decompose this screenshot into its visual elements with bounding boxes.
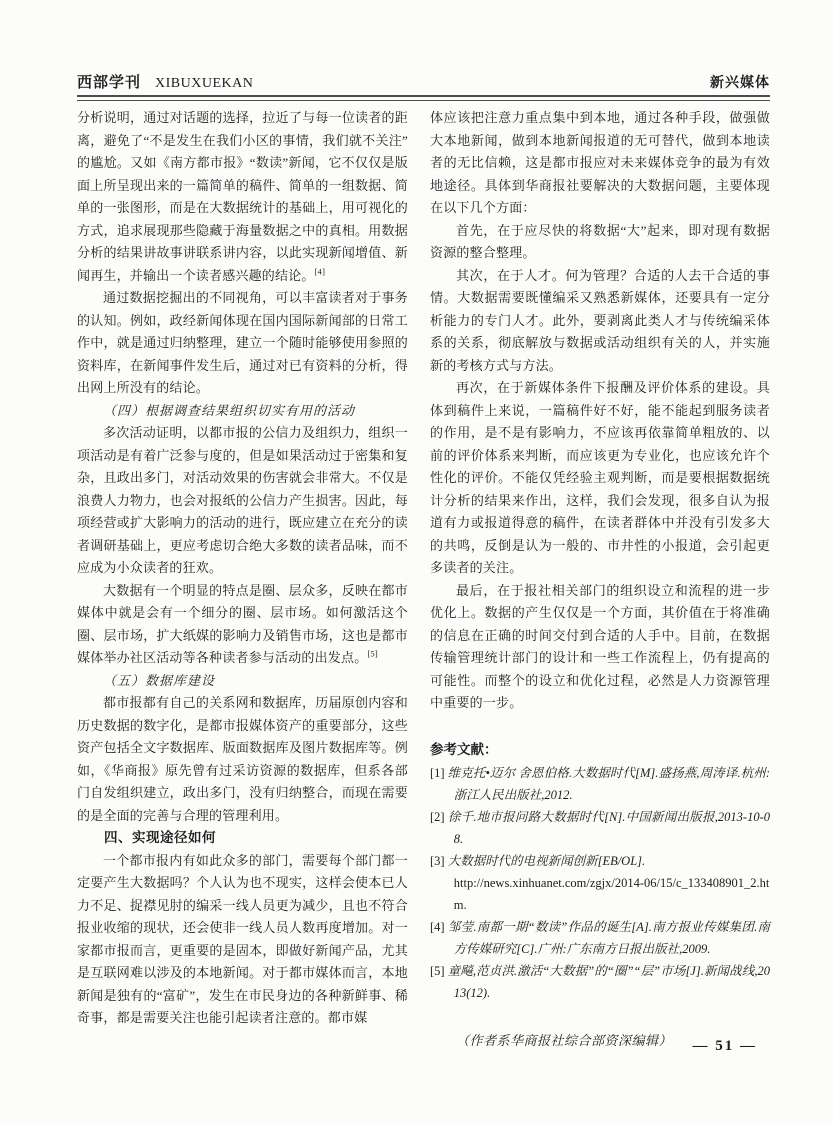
journal-title-group: 西部学刊XIBUXUEKAN xyxy=(77,71,253,92)
reference-text: 大数据时代的电视新闻创新[EB/OL]. xyxy=(448,854,646,868)
body-paragraph: 通过数据挖掘出的不同视角，可以丰富读者对于事务的认知。例如，政经新闻体现在国内国… xyxy=(77,287,408,400)
body-paragraph: 最后，在于报社相关部门的组织设立和流程的进一步优化上。数据的产生仅仅是一个方面，… xyxy=(430,580,770,715)
body-paragraph: 首先，在于应尽快的将数据“大”起来，即对现有数据资源的整合整理。 xyxy=(430,220,770,265)
paragraph-text: 分析说明，通过对话题的选择，拉近了与每一位读者的距离，避免了“不是发生在我们小区… xyxy=(77,110,408,283)
citation-superscript: [4] xyxy=(315,266,326,276)
reference-number: [1] xyxy=(430,766,445,780)
subsection-heading: （四）根据调查结果组织切实有用的活动 xyxy=(77,400,408,423)
body-paragraph: 大数据有一个明显的特点是圈、层众多，反映在都市媒体中就是会有一个细分的圈、层市场… xyxy=(77,580,408,670)
reference-text: 维克托•迈尔 舍恩伯格.大数据时代[M].盛扬燕,周涛译.杭州:浙江人民出版社,… xyxy=(448,766,770,802)
reference-text: 邹莹.南都一期“数读”作品的诞生[A].南方报业传媒集团.南方传媒研究[C].广… xyxy=(448,920,770,956)
paragraph-text: 首先，在于应尽快的将数据“大”起来，即对现有数据资源的整合整理。 xyxy=(430,223,770,261)
paragraph-text: 其次，在于人才。何为管理？合适的人去干合适的事情。大数据需要既懂编采又熟悉新媒体… xyxy=(430,268,770,373)
left-column: 分析说明，通过对话题的选择，拉近了与每一位读者的距离，避免了“不是发生在我们小区… xyxy=(77,107,408,1030)
reference-item: [4]邹莹.南都一期“数读”作品的诞生[A].南方报业传媒集团.南方传媒研究[C… xyxy=(430,916,770,960)
body-paragraph: 其次，在于人才。何为管理？合适的人去干合适的事情。大数据需要既懂编采又熟悉新媒体… xyxy=(430,265,770,378)
journal-page: 西部学刊XIBUXUEKAN 新兴媒体 分析说明，通过对话题的选择，拉近了与每一… xyxy=(0,0,833,1123)
body-paragraph: 多次活动证明，以都市报的公信力及组织力，组织一项活动是有着广泛参与度的，但是如果… xyxy=(77,422,408,580)
journal-title-pinyin: XIBUXUEKAN xyxy=(155,76,253,91)
section-heading: 四、实现途径如何 xyxy=(77,827,408,850)
reference-item: [1]维克托•迈尔 舍恩伯格.大数据时代[M].盛扬燕,周涛译.杭州:浙江人民出… xyxy=(430,762,770,806)
page-header: 西部学刊XIBUXUEKAN 新兴媒体 xyxy=(77,71,770,92)
subsection-heading: （五）数据库建设 xyxy=(77,670,408,693)
paragraph-text: 一个都市报内有如此众多的部门，需要每个部门都一定要产生大数据吗？个人认为也不现实… xyxy=(77,853,408,1026)
paragraph-text: 再次，在于新媒体条件下报酬及评价体系的建设。具体到稿件上来说，一篇稿件好不好，能… xyxy=(430,380,770,575)
body-paragraph: 一个都市报内有如此众多的部门，需要每个部门都一定要产生大数据吗？个人认为也不现实… xyxy=(77,850,408,1030)
paragraph-text: 多次活动证明，以都市报的公信力及组织力，组织一项活动是有着广泛参与度的，但是如果… xyxy=(77,425,408,575)
reference-number: [2] xyxy=(430,810,445,824)
paragraph-text: 都市报都有自己的关系网和数据库，历届原创内容和历史数据的数字化，是都市报媒体资产… xyxy=(77,695,408,823)
header-divider-rule xyxy=(77,95,770,101)
paragraph-text: 大数据有一个明显的特点是圈、层众多，反映在都市媒体中就是会有一个细分的圈、层市场… xyxy=(77,583,408,666)
body-paragraph: 体应该把注意力重点集中到本地，通过各种手段，做强做大本地新闻，做到本地新闻报道的… xyxy=(430,107,770,220)
reference-item: [5]童飚,范贞洪.激活“大数据”的“圈”“层”市场[J].新闻战线,2013(… xyxy=(430,960,770,1004)
journal-title-cn: 西部学刊 xyxy=(77,75,141,91)
references-heading: 参考文献： xyxy=(430,739,770,761)
body-paragraph: 分析说明，通过对话题的选择，拉近了与每一位读者的距离，避免了“不是发生在我们小区… xyxy=(77,107,408,287)
citation-superscript: [5] xyxy=(367,649,378,659)
reference-item: [2]徐千.地市报问路大数据时代[N].中国新闻出版报,2013-10-08. xyxy=(430,806,770,850)
reference-number: [5] xyxy=(430,964,445,978)
paragraph-text: 体应该把注意力重点集中到本地，通过各种手段，做强做大本地新闻，做到本地新闻报道的… xyxy=(430,110,770,215)
right-column: 体应该把注意力重点集中到本地，通过各种手段，做强做大本地新闻，做到本地新闻报道的… xyxy=(430,107,770,1052)
section-label: 新兴媒体 xyxy=(710,72,770,92)
paragraph-text: 通过数据挖掘出的不同视角，可以丰富读者对于事务的认知。例如，政经新闻体现在国内国… xyxy=(77,290,408,395)
reference-item: [3]大数据时代的电视新闻创新[EB/OL].http://news.xinhu… xyxy=(430,850,770,916)
reference-text: 童飚,范贞洪.激活“大数据”的“圈”“层”市场[J].新闻战线,2013(12)… xyxy=(448,964,770,1000)
body-paragraph: 都市报都有自己的关系网和数据库，历届原创内容和历史数据的数字化，是都市报媒体资产… xyxy=(77,692,408,827)
reference-number: [3] xyxy=(430,854,445,868)
reference-url: http://news.xinhuanet.com/zgjx/2014-06/1… xyxy=(454,872,770,916)
paragraph-text: 最后，在于报社相关部门的组织设立和流程的进一步优化上。数据的产生仅仅是一个方面，… xyxy=(430,583,770,711)
reference-number: [4] xyxy=(430,920,445,934)
page-number: — 51 — xyxy=(693,1038,758,1055)
body-paragraph: 再次，在于新媒体条件下报酬及评价体系的建设。具体到稿件上来说，一篇稿件好不好，能… xyxy=(430,377,770,580)
reference-text: 徐千.地市报问路大数据时代[N].中国新闻出版报,2013-10-08. xyxy=(448,810,770,846)
